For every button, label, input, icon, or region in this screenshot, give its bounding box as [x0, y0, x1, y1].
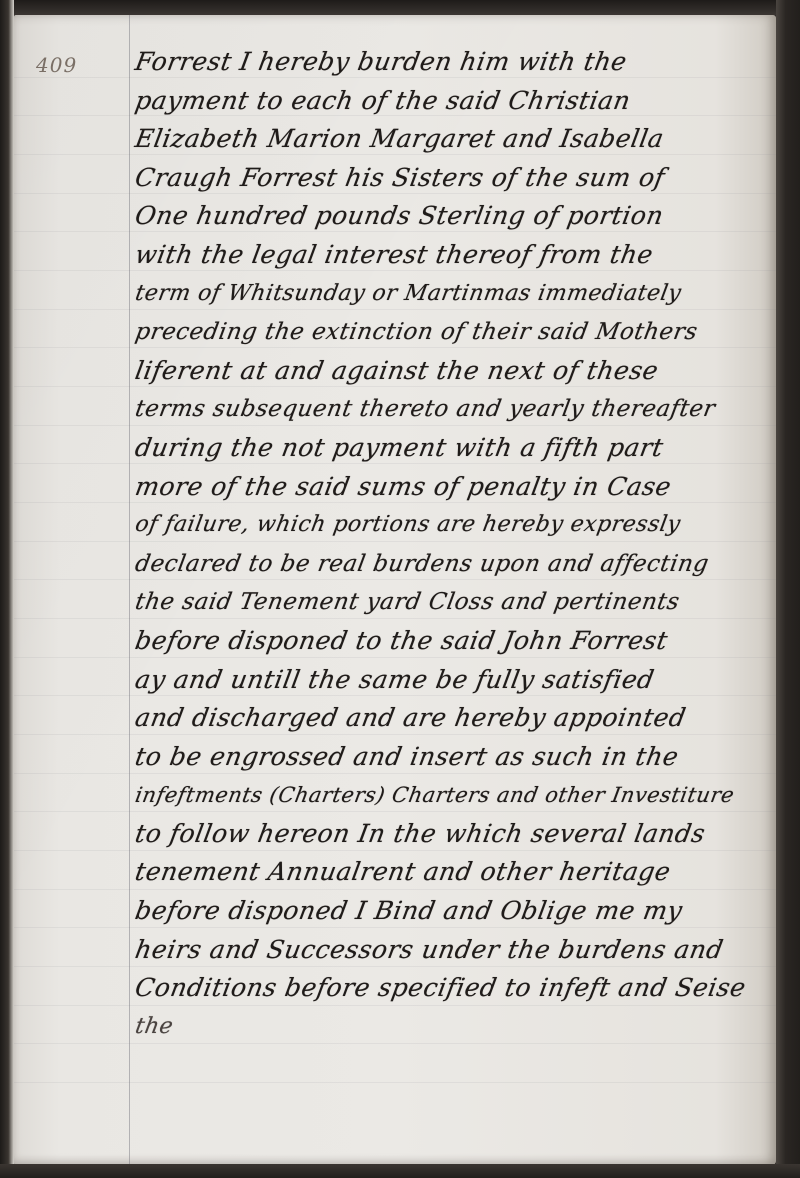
text-line: Elizabeth Marion Margaret and Isabella [132, 120, 779, 159]
text-line: ay and untill the same be fully satisfie… [132, 661, 779, 700]
text-line: One hundred pounds Sterling of portion [132, 197, 779, 236]
text-line: payment to each of the said Christian [132, 82, 779, 121]
text-line: during the not payment with a fifth part [132, 429, 779, 468]
text-line: before disponed to the said John Forrest [132, 622, 779, 661]
text-line: liferent at and against the next of thes… [132, 352, 779, 391]
text-line: to be engrossed and insert as such in th… [132, 738, 779, 777]
text-line: Conditions before specified to infeft an… [132, 969, 779, 1008]
text-line: term of Whitsunday or Martinmas immediat… [132, 275, 779, 314]
book-right-edge [776, 0, 800, 1178]
text-line: of failure, which portions are hereby ex… [132, 506, 779, 545]
ledger-page: 409 Forrest I hereby burden him with the… [14, 15, 776, 1165]
text-line: with the legal interest thereof from the [132, 236, 779, 275]
text-line: before disponed I Bind and Oblige me my [132, 892, 779, 931]
text-line: Forrest I hereby burden him with the [132, 43, 779, 82]
text-line: terms subsequent thereto and yearly ther… [132, 390, 779, 429]
text-line: preceding the extinction of their said M… [132, 313, 779, 352]
text-line: tenement Annualrent and other heritage [132, 853, 779, 892]
text-line: declared to be real burdens upon and aff… [132, 545, 779, 584]
text-line: the said Tenement yard Closs and pertine… [132, 583, 779, 622]
text-line: the [132, 1008, 779, 1047]
book-bottom-edge [0, 1164, 800, 1178]
margin-rule [129, 15, 130, 1165]
book-top-edge [0, 0, 800, 15]
text-line: more of the said sums of penalty in Case [132, 468, 779, 507]
book-spine-edge [0, 0, 14, 1178]
text-line: Craugh Forrest his Sisters of the sum of [132, 159, 779, 198]
handwritten-text: Forrest I hereby burden him with the pay… [132, 43, 772, 1046]
text-line: and discharged and are hereby appointed [132, 699, 779, 738]
text-line: heirs and Successors under the burdens a… [132, 931, 779, 970]
text-line: to follow hereon In the which several la… [132, 815, 779, 854]
text-line: infeftments (Charters) Charters and othe… [132, 776, 779, 815]
page-number: 409 [36, 53, 77, 77]
